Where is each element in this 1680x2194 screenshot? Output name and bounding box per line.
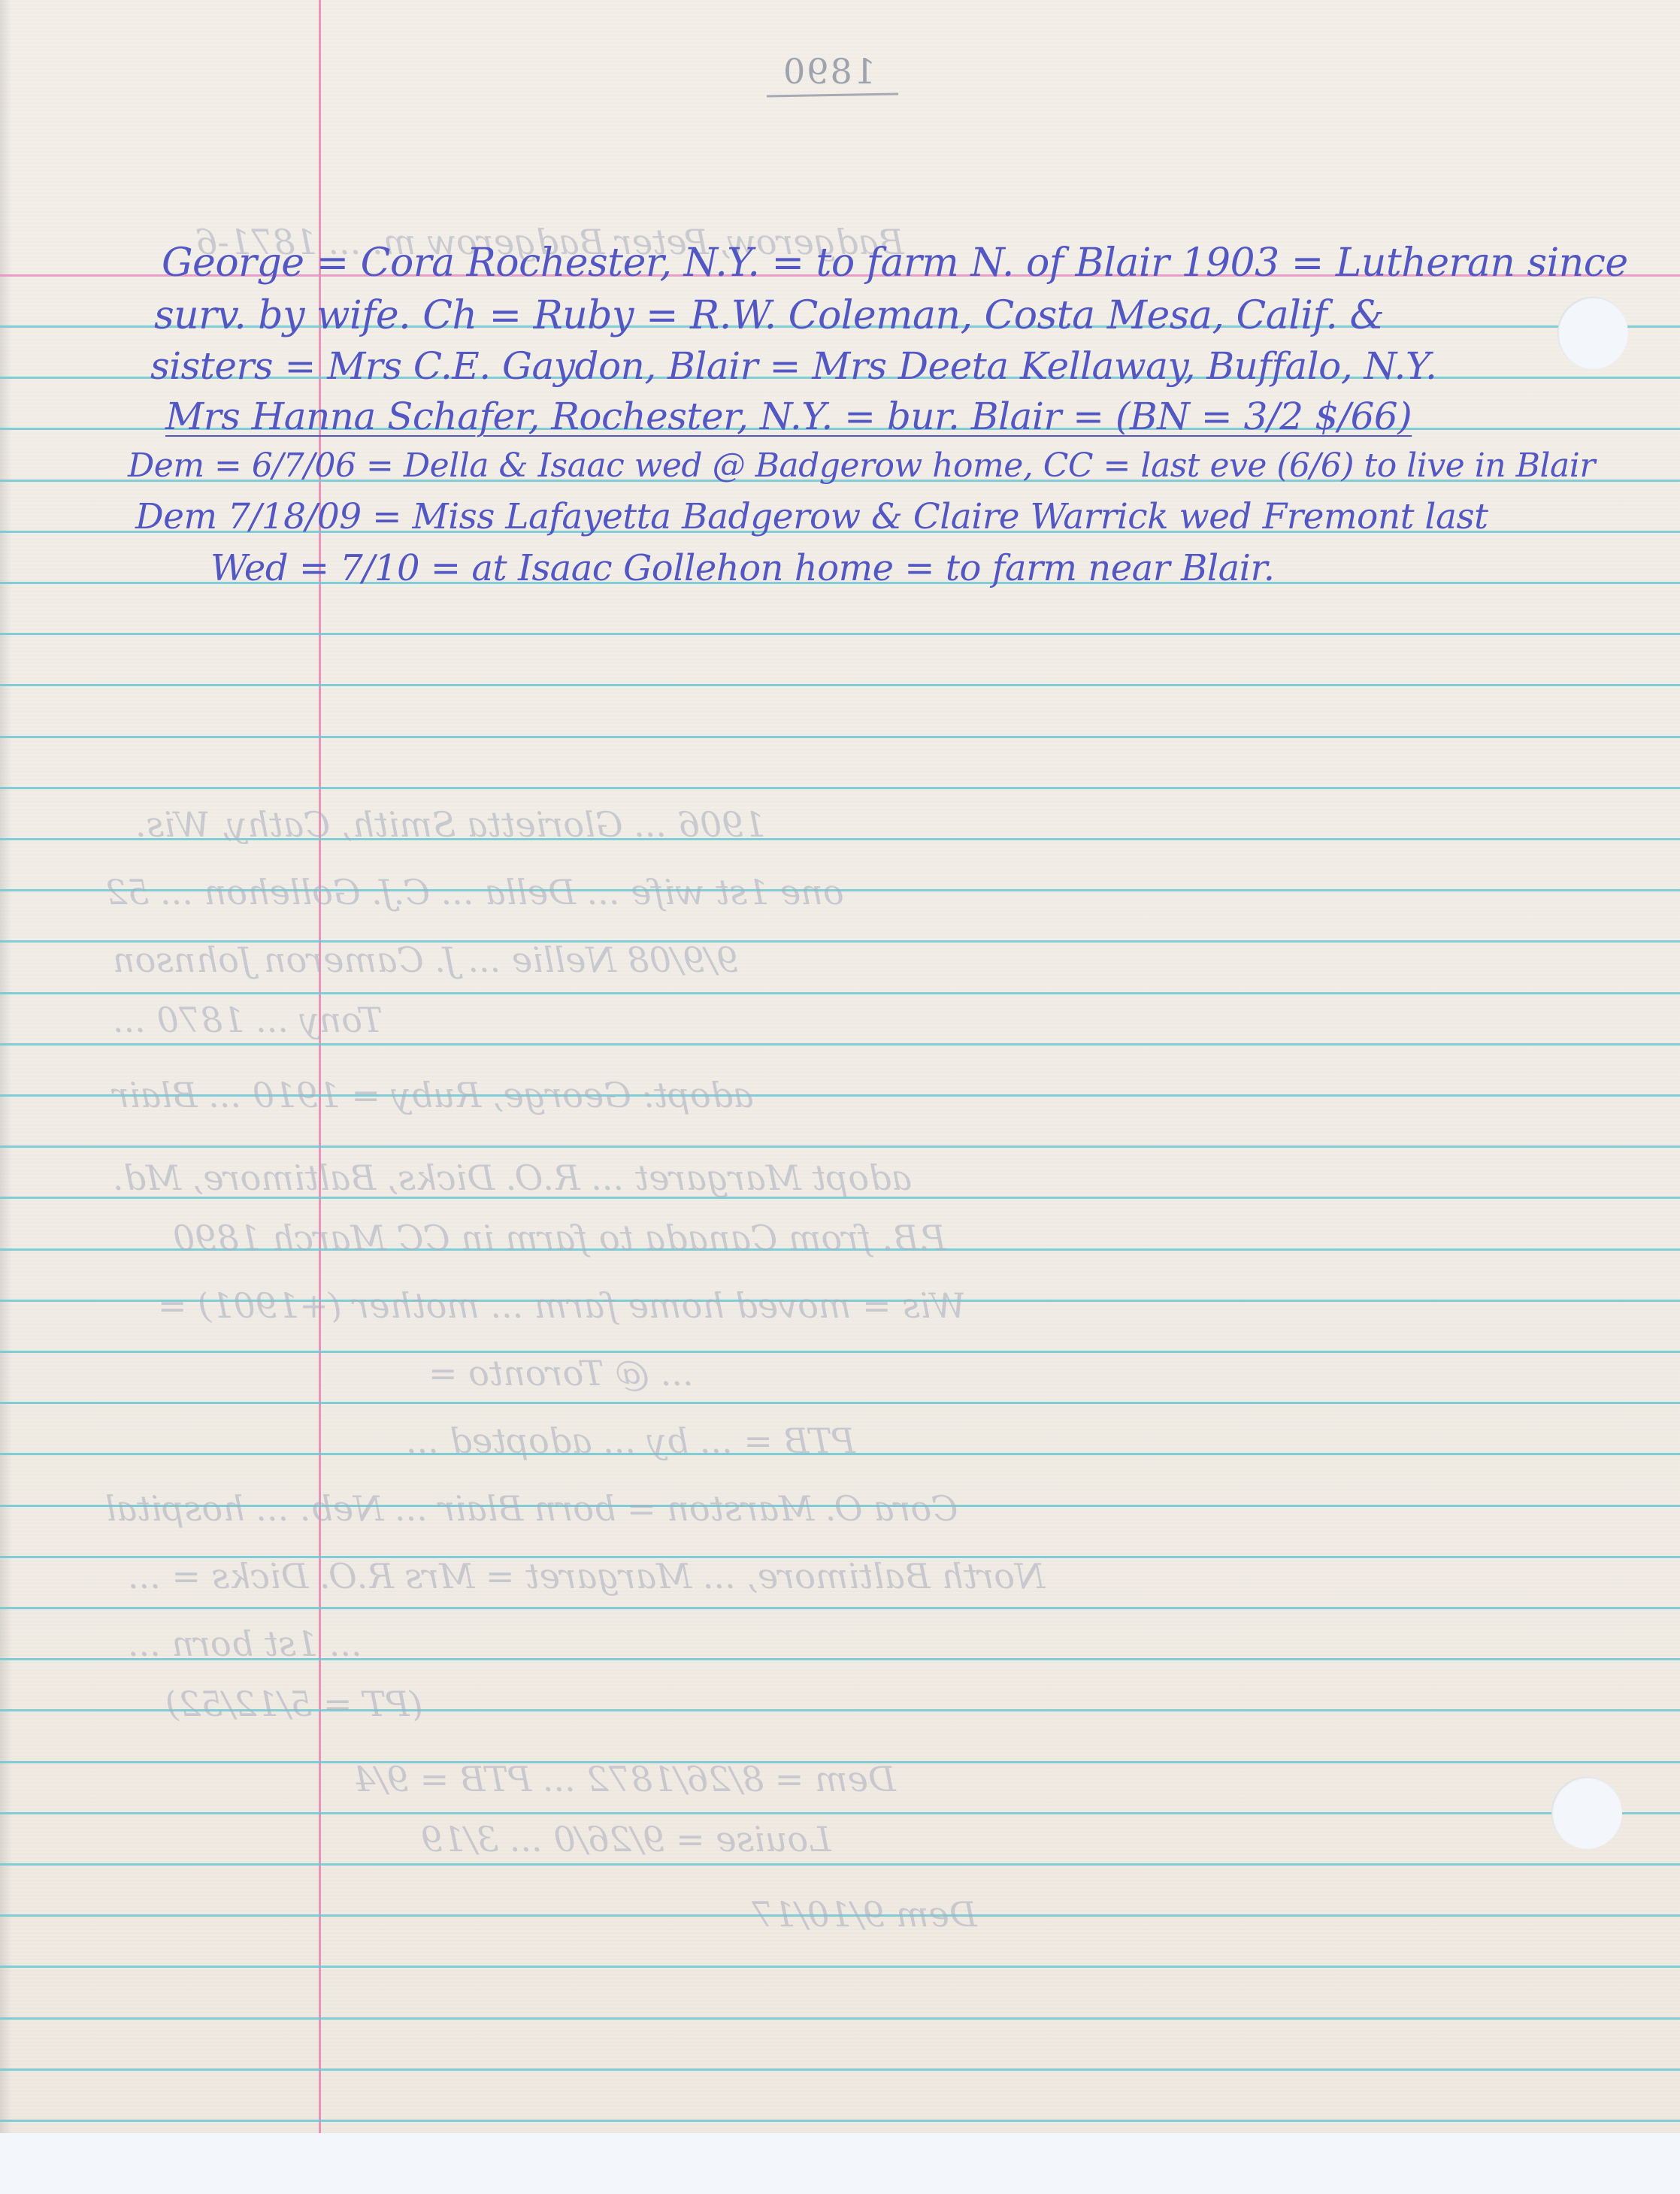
bleed-through-line: PTB = ... by ... adopted ... — [406, 1421, 855, 1461]
bleed-through-line: 1906 ... Glorietta Smith, Cathy, Wis. — [135, 804, 766, 845]
punch-hole-bottom — [1551, 1777, 1622, 1849]
bleed-through-line: adopt: George, Ruby = 1910 ... Blair — [113, 1075, 753, 1115]
bleed-through-line: 9/9/08 Nellie ... J. Cameron Johnson — [113, 940, 738, 980]
ruled-line — [0, 1812, 1680, 1814]
ruled-line — [0, 1043, 1680, 1046]
bleed-through-line: P.B. from Canada to farm in CC March 189… — [173, 1218, 946, 1258]
ruled-line — [0, 2017, 1680, 2020]
bleed-through-line: Louise = 9/26/0 ... 3/19 — [421, 1819, 831, 1860]
ruled-line — [0, 1966, 1680, 1968]
bleed-through-line: Tony ... 1870 ... — [113, 1000, 383, 1040]
handwritten-line-7: Wed = 7/10 = at Isaac Gollehon home = to… — [210, 547, 1274, 589]
bleed-through-line: one 1st wife ... Della ... C.J. Gollehon… — [105, 872, 844, 912]
ruled-line — [0, 684, 1680, 686]
bleed-through-line: adopt Margaret ... R.O. Dicks, Baltimore… — [113, 1158, 912, 1198]
bleed-through-line: Cora O. Marston = born Blair ... Neb. ..… — [105, 1488, 958, 1529]
bleed-through-line: ... 1st born ... — [128, 1624, 362, 1664]
bleed-through-line: (PT = 5/12/52) — [165, 1684, 423, 1724]
handwritten-line-1: George = Cora Rochester, N.Y. = to farm … — [162, 241, 1628, 286]
bleed-through-line: ... @ Toronto = — [428, 1353, 694, 1394]
ruled-line — [0, 992, 1680, 994]
notebook-page: 1890 Badgerow, Peter Badgerow m. ... 187… — [0, 0, 1680, 2133]
handwritten-line-4: Mrs Hanna Schafer, Rochester, N.Y. = bur… — [165, 395, 1412, 438]
handwritten-line-5: Dem = 6/7/06 = Della & Isaac wed @ Badge… — [128, 446, 1595, 485]
year-note: 1890 — [782, 51, 876, 92]
handwritten-line-2: surv. by wife. Ch = Ruby = R.W. Coleman,… — [154, 293, 1384, 338]
ruled-line — [0, 2120, 1680, 2122]
bleed-through-line: Dem = 8/26/1872 ... PTB = 9/4 — [353, 1759, 896, 1799]
ruled-line — [0, 2068, 1680, 2071]
handwritten-line-3: sisters = Mrs C.E. Gaydon, Blair = Mrs D… — [150, 344, 1436, 388]
scanner-bed — [0, 2133, 1680, 2194]
ruled-line — [0, 1145, 1680, 1148]
ruled-line — [0, 1402, 1680, 1404]
bleed-through-line: North Baltimore, ... Margaret = Mrs R.O.… — [128, 1556, 1045, 1596]
punch-hole-top — [1557, 297, 1628, 369]
bleed-through-line: Dem 9/10/17 — [752, 1894, 977, 1935]
bleed-through-line: Wis = moved home farm ... mother (+1901)… — [158, 1285, 966, 1326]
ruled-line — [0, 1863, 1680, 1866]
handwritten-line-6: Dem 7/18/09 = Miss Lafayetta Badgerow & … — [135, 496, 1488, 537]
ruled-line — [0, 1351, 1680, 1353]
ruled-line — [0, 1607, 1680, 1609]
ruled-line — [0, 633, 1680, 635]
ruled-line — [0, 787, 1680, 789]
ruled-line — [0, 736, 1680, 738]
